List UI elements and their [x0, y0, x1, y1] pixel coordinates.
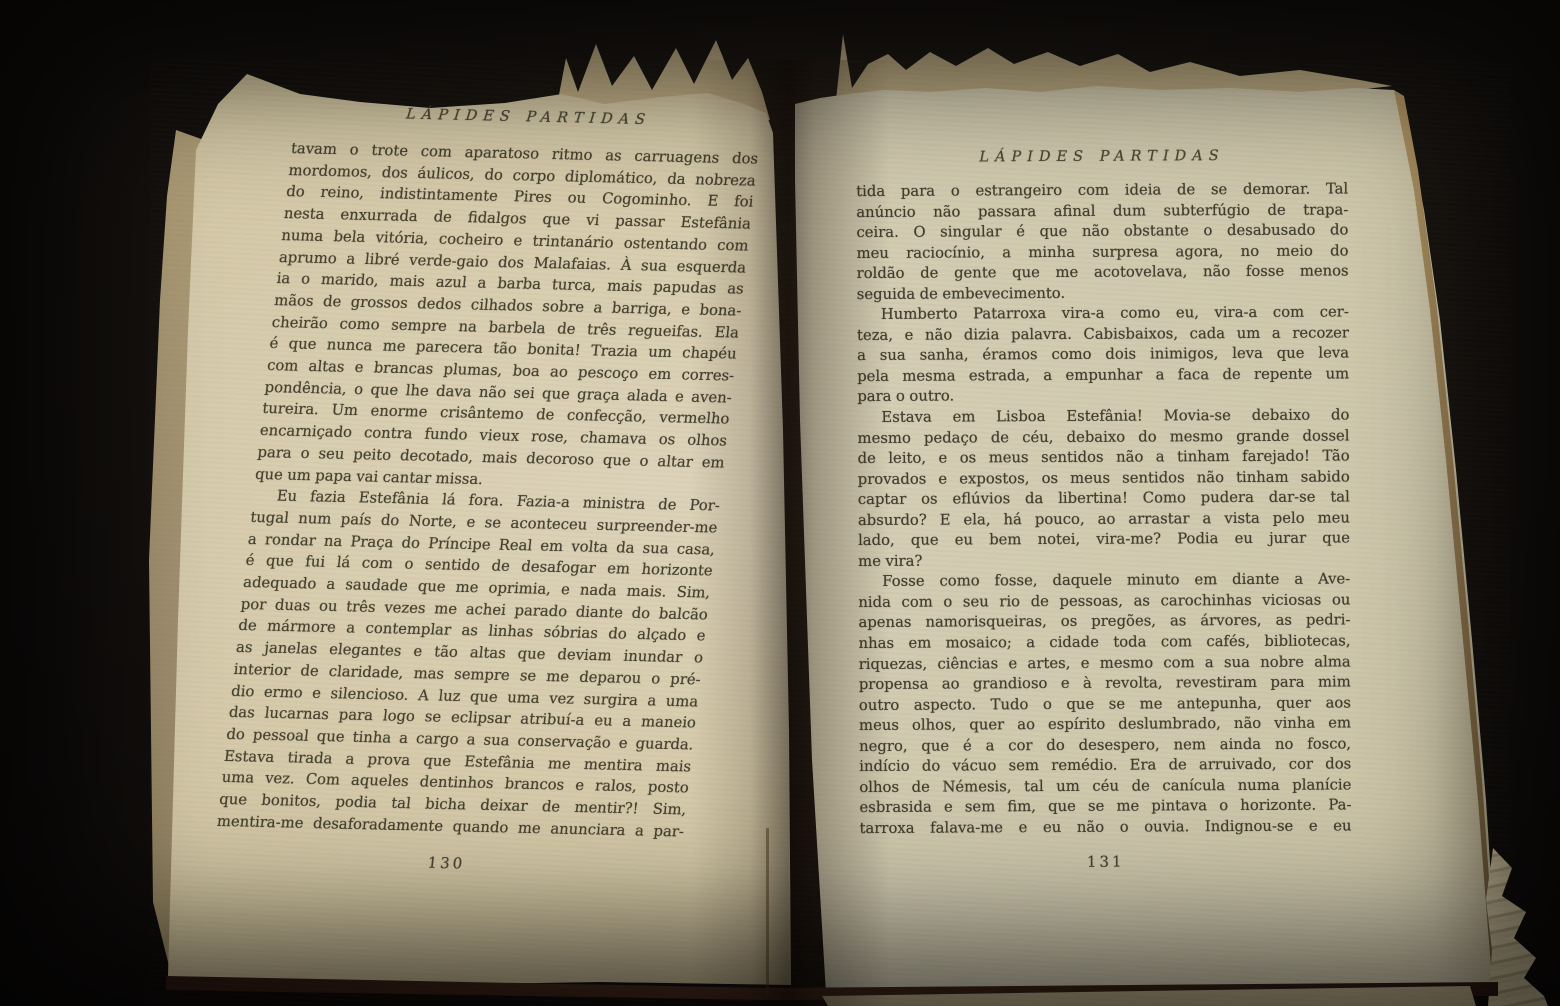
running-header-left: LÁPIDES PARTIDAS	[294, 104, 763, 131]
text-line: nida com o seu rio de pessoas, as caroch…	[858, 590, 1350, 613]
page-number-left: 130	[212, 848, 681, 877]
text-line: tida para o estrangeiro com ideia de se …	[856, 179, 1348, 202]
right-page-lines: tida para o estrangeiro com ideia de se …	[856, 179, 1351, 839]
text-line: Humberto Patarroxa vira-a como eu, vira-…	[857, 303, 1349, 326]
text-line: apenas namorisqueiras, os pregões, as ár…	[858, 611, 1350, 634]
text-line: negro, que é a cor do desespero, nem ain…	[859, 734, 1351, 757]
gutter-crease	[766, 828, 769, 996]
text-line: para o outro.	[857, 385, 1349, 408]
left-page-text: LÁPIDES PARTIDAS tavam o trote com apara…	[212, 104, 763, 877]
text-line: a sua sanha, éramos como dois inimigos, …	[857, 344, 1349, 367]
text-line: mesmo pedaço de céu, debaixo do mesmo gr…	[857, 426, 1349, 449]
running-header-right: LÁPIDES PARTIDAS	[856, 147, 1348, 166]
text-line: roldão de gente que me acotovelava, não …	[857, 262, 1349, 285]
left-page-lines: tavam o trote com aparatoso ritmo as car…	[216, 138, 759, 843]
page-number-right: 131	[860, 851, 1352, 872]
text-line: propensa ao grandioso e à revolta, reves…	[859, 673, 1351, 696]
text-line: Estava em Lisboa Estefânia! Movia-se deb…	[857, 405, 1349, 428]
text-line: tarroxa falava-me e eu não o ouvia. Indi…	[860, 816, 1352, 839]
text-line: provados e expostos, os meus sentidos nã…	[858, 467, 1350, 490]
text-line: pela mesma estrada, a empunhar a faca de…	[857, 364, 1349, 387]
text-line: riquezas, ciências e artes, e mesmo com …	[859, 652, 1351, 675]
text-line: de leito, e os meus sentidos não a tinha…	[858, 447, 1350, 470]
text-line: esbrasida e sem fim, que se me pintava o…	[859, 796, 1351, 819]
text-line: teza, e não dizia palavra. Cabisbaixos, …	[857, 323, 1349, 346]
text-line: me vira?	[858, 549, 1350, 572]
text-line: ceira. O singular é que não obstante o d…	[856, 221, 1348, 244]
text-line: Fosse como fosse, daquele minuto em dian…	[858, 570, 1350, 593]
text-line: seguida de embevecimento.	[857, 282, 1349, 305]
text-line: olhos de Némesis, tal um céu de canícula…	[859, 775, 1351, 798]
text-line: outro aspecto. Tudo o que se me antepunh…	[859, 693, 1351, 716]
text-line: meu raciocínio, a minha surpresa agora, …	[856, 241, 1348, 264]
right-page-text: LÁPIDES PARTIDAS tida para o estrangeiro…	[856, 147, 1352, 871]
text-line: absurdo? E ela, há pouco, ao arrastar a …	[858, 508, 1350, 531]
text-line: nhas em mosaico; a cidade toda com cafés…	[859, 631, 1351, 654]
text-line: anúncio não passara afinal dum subterfúg…	[856, 200, 1348, 223]
text-line: meus olhos, quer ao espírito deslumbrado…	[859, 714, 1351, 737]
text-line: captar os eflúvios da libertina! Como pu…	[858, 488, 1350, 511]
text-line: lado, que eu bem notei, vira-me? Podia e…	[858, 529, 1350, 552]
text-line: indício do vácuo sem remédio. Era de arr…	[859, 755, 1351, 778]
book-photo: LÁPIDES PARTIDAS tavam o trote com apara…	[0, 0, 1560, 1006]
